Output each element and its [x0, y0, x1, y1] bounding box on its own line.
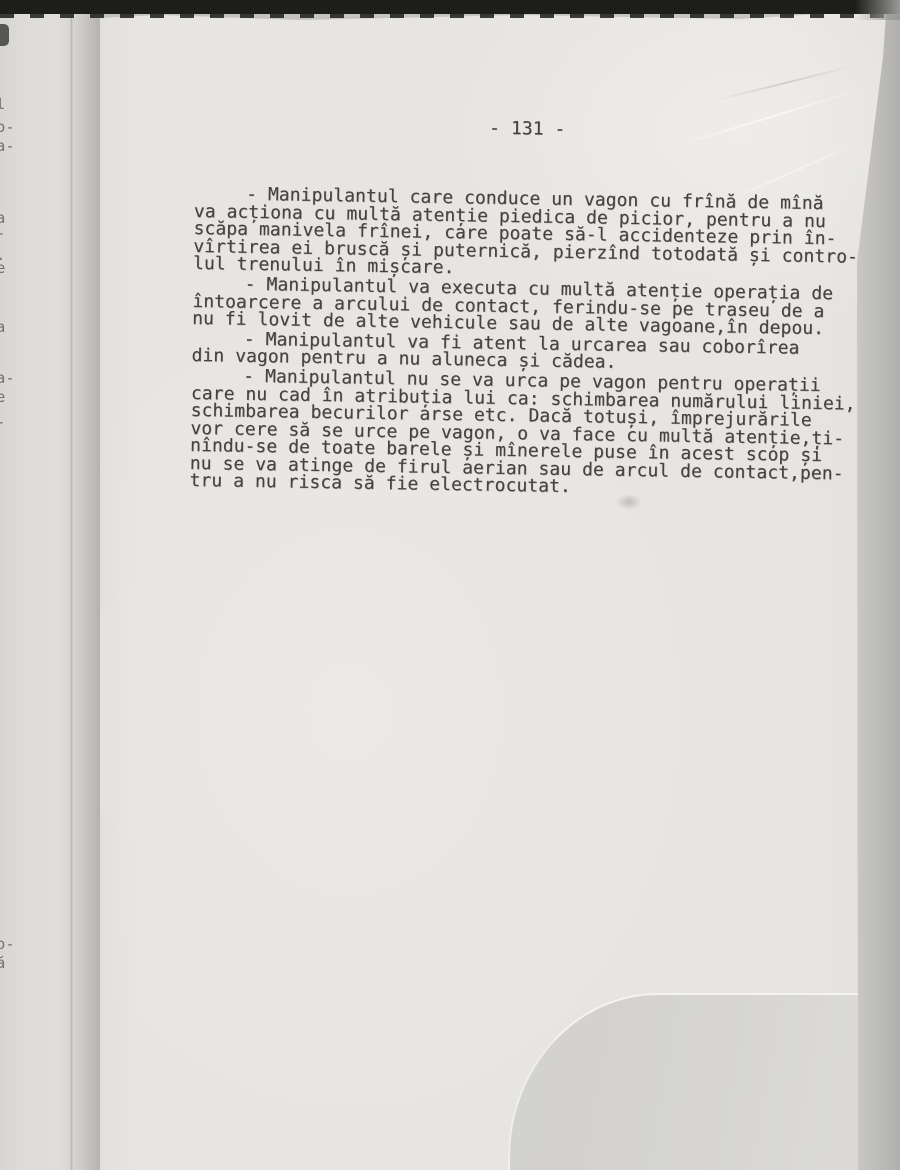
- document-page: - 131 - - Manipulantul care conduce un v…: [100, 12, 888, 1170]
- cut-off-character: l: [0, 97, 16, 112]
- page-number: - 131 -: [195, 115, 859, 143]
- scan-edge-blob: [0, 24, 9, 46]
- cut-off-character: o-: [0, 120, 16, 135]
- cut-off-character: ă: [0, 956, 16, 971]
- page-fold-shadow: [70, 12, 73, 1170]
- cut-off-character: -: [0, 415, 16, 430]
- paragraph: - Manipulantul nu se va urca pe vagon pe…: [189, 367, 855, 501]
- scan-band-fade: [855, 0, 900, 20]
- torn-corner-reveal: [508, 993, 860, 1170]
- cut-off-character: a-: [0, 371, 16, 386]
- body-paragraphs: - Manipulantul care conduce un vagon cu …: [189, 185, 858, 501]
- cut-off-character: a-: [0, 139, 16, 154]
- cut-off-character: e: [0, 390, 16, 405]
- cut-off-character: a: [0, 320, 16, 335]
- scan-top-dark-band: [0, 0, 900, 14]
- cut-off-character: -: [0, 226, 16, 241]
- scanned-book-page-photo: { "scan": { "page_number": "- 131 -", "p…: [0, 0, 900, 1170]
- typewritten-text: - 131 - - Manipulantul care conduce un v…: [189, 80, 860, 538]
- cut-off-character: e: [0, 261, 16, 276]
- cut-off-character: o-: [0, 937, 16, 952]
- paragraph: - Manipulantul care conduce un vagon cu …: [193, 185, 858, 284]
- facing-page-edge: [0, 12, 100, 1170]
